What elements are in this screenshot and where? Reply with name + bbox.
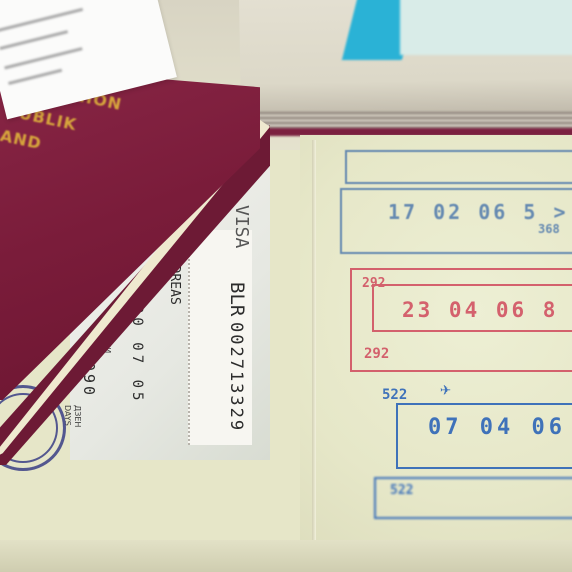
page-fold [312, 140, 316, 572]
visa-header: VISA [231, 205, 252, 248]
background-card [400, 0, 572, 55]
stamp-blue-bottom: 522 ✈ 07 04 06 522 [380, 365, 572, 515]
stamp-date: 07 04 06 [428, 415, 566, 440]
visa-serial-number: 002713329 [226, 322, 246, 432]
stamp-date: 17 02 06 5 > [388, 200, 569, 224]
stamp-date: 23 04 06 8 [402, 298, 558, 322]
passport-photo: 17 02 06 5 > 368 292 23 04 06 8 292 522 … [0, 0, 572, 572]
visa-days-label-ru: ДЗЕН [73, 405, 82, 427]
airplane-icon: ✈ [440, 379, 451, 400]
stamp-code: 368 [538, 222, 560, 236]
stamp-code-bottom: 292 [364, 346, 389, 362]
stamp-code-top: 522 [382, 387, 407, 403]
stamp-red: 292 23 04 06 8 292 [350, 268, 572, 373]
page-bottom-edge [0, 540, 572, 572]
stamp-code-top: 292 [362, 276, 385, 291]
visa-serial-prefix: BLR [226, 282, 248, 316]
stamp-blue-top: 17 02 06 5 > 368 [340, 150, 572, 250]
stamp-code-bottom: 522 [390, 483, 413, 498]
